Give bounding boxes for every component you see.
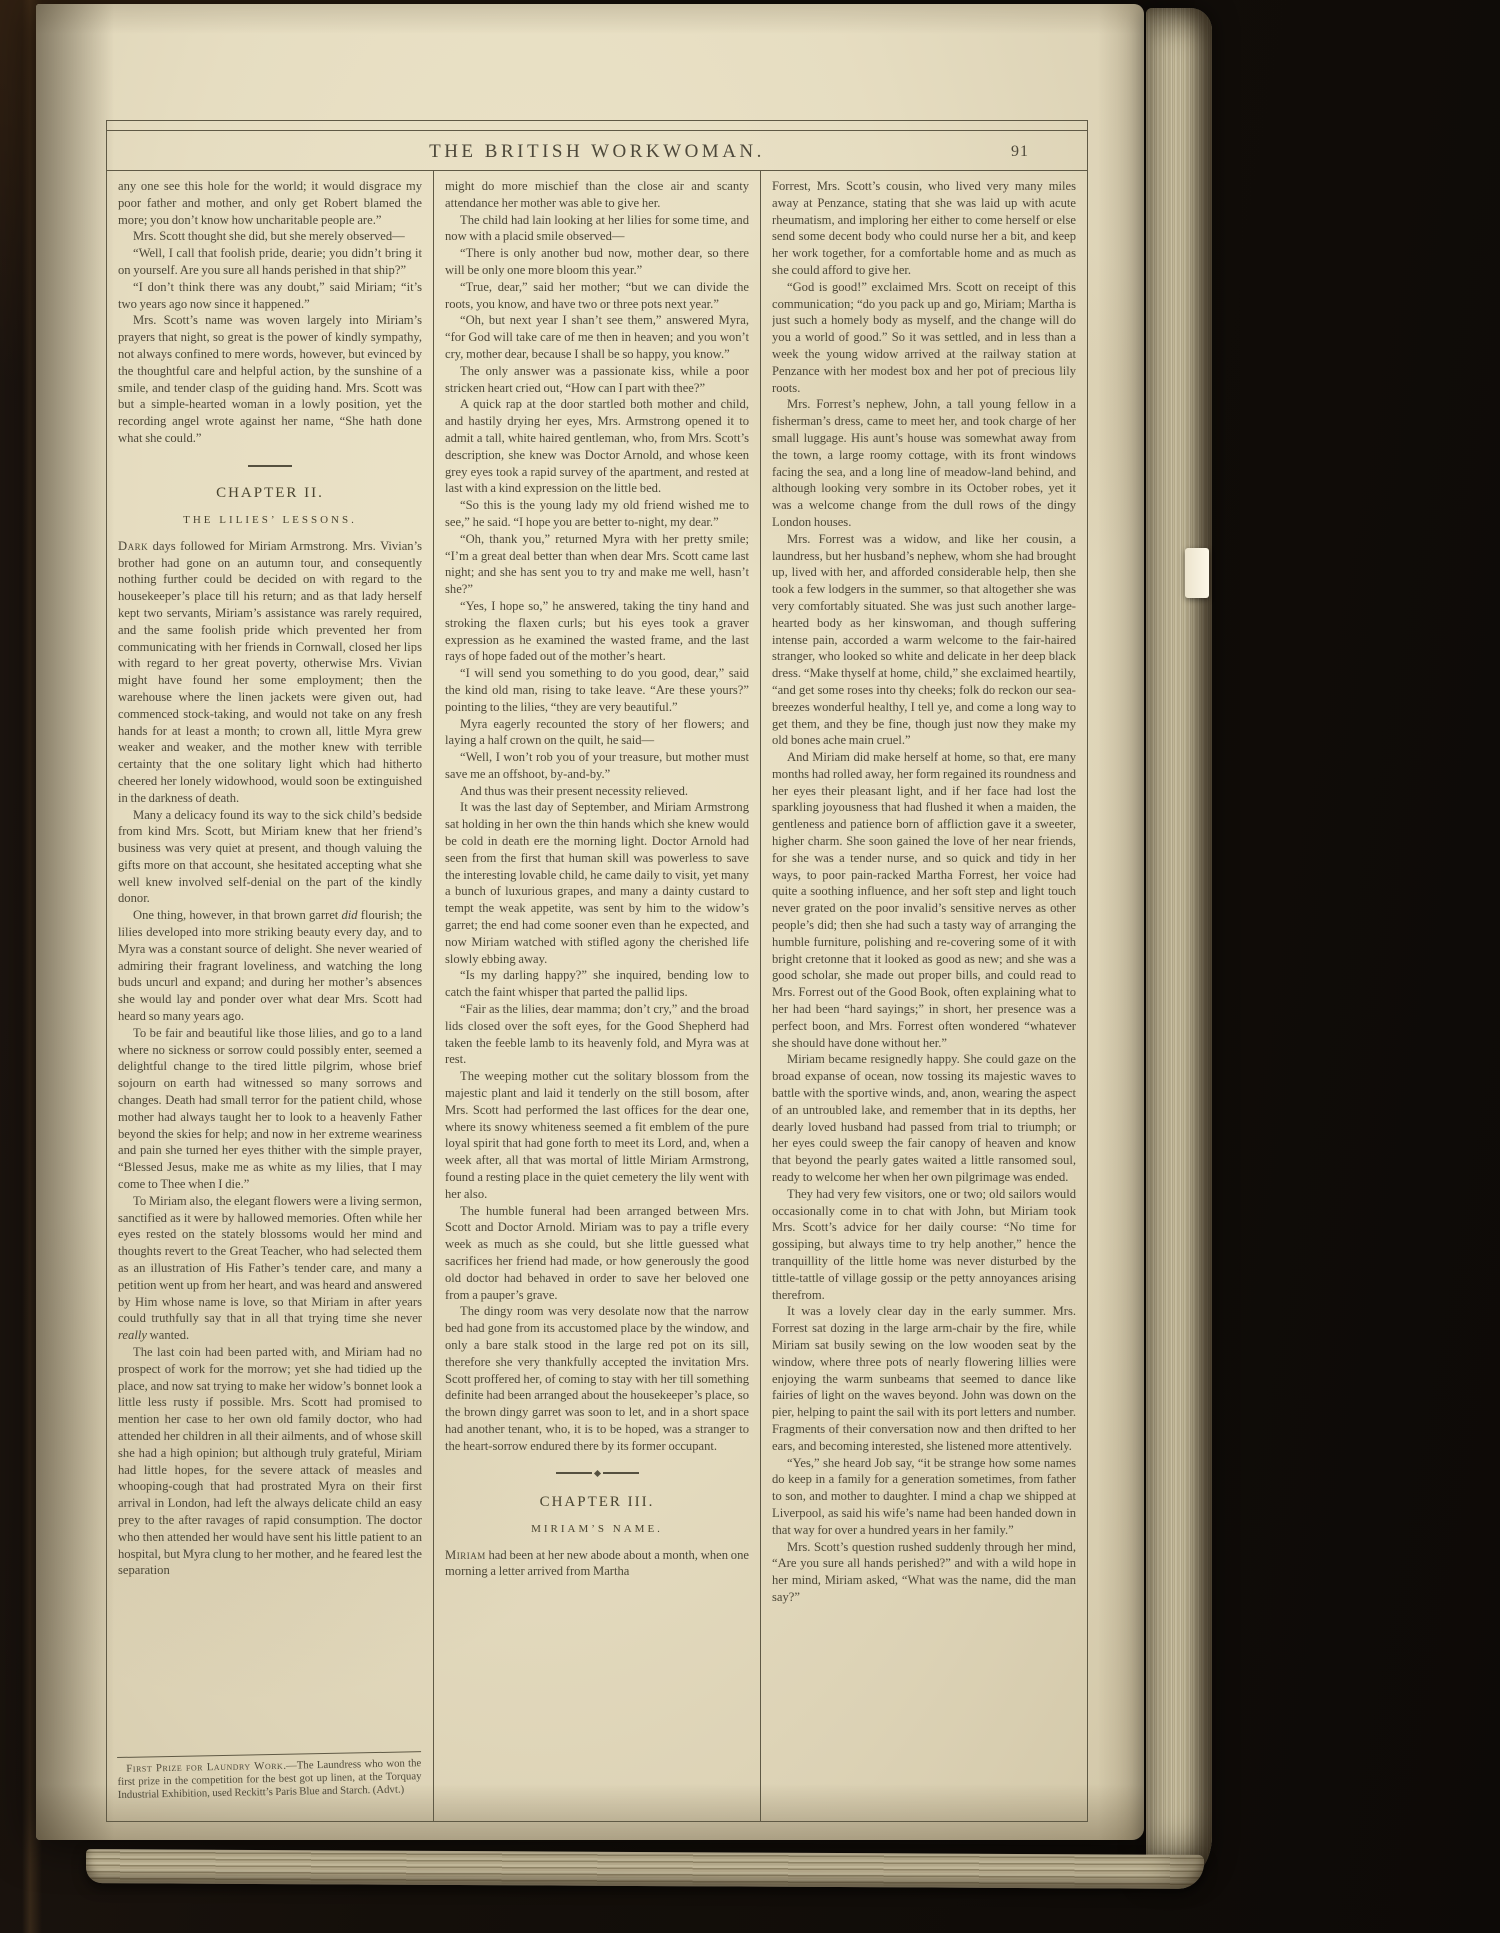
chapter-heading: CHAPTER II.THE LILIES’ LESSONS. [118,485,422,526]
paragraph: Miriam had been at her new abode about a… [445,1547,749,1581]
book-page-edges [1146,8,1212,1882]
printed-frame: THE BRITISH WORKWOMAN. 91 any one see th… [106,120,1088,1822]
paragraph: Forrest, Mrs. Scott’s cousin, who lived … [772,178,1076,279]
chapter-subtitle: THE LILIES’ LESSONS. [118,514,422,526]
column-1: any one see this hole for the world; it … [107,171,433,1821]
paragraph: “Fair as the lilies, dear mamma; don’t c… [445,1001,749,1068]
paragraph: “Oh, thank you,” returned Myra with her … [445,531,749,598]
ornament-divider [445,1471,749,1476]
paragraph: “Oh, but next year I shan’t see them,” a… [445,312,749,362]
paragraph: might do more mischief than the close ai… [445,178,749,212]
paragraph: The weeping mother cut the solitary blos… [445,1068,749,1202]
paragraph: Mrs. Scott’s question rushed suddenly th… [772,1539,1076,1606]
paragraph: Miriam became resignedly happy. She coul… [772,1051,1076,1185]
paragraph: Many a delicacy found its way to the sic… [118,807,422,908]
photo-background: THE BRITISH WORKWOMAN. 91 any one see th… [0,0,1500,1933]
paragraph: To be fair and beautiful like those lili… [118,1025,422,1193]
paragraph: The humble funeral had been arranged bet… [445,1203,749,1304]
chapter-heading: CHAPTER III.MIRIAM’S NAME. [445,1494,749,1535]
ornament-line [556,1472,592,1474]
book-bottom-edges [86,1849,1204,1889]
column-1-text: any one see this hole for the world; it … [118,178,422,1752]
footnote-advert: First Prize for Laundry Work.—The Laundr… [117,1751,422,1802]
paragraph: And thus was their present necessity rel… [445,783,749,800]
paragraph: “Yes,” she heard Job say, “it be strange… [772,1455,1076,1539]
paragraph: “Well, I won’t rob you of your treasure,… [445,749,749,783]
page-marker [1185,548,1209,598]
book-page: THE BRITISH WORKWOMAN. 91 any one see th… [36,4,1144,1840]
chapter-title: CHAPTER III. [445,1494,749,1511]
column-3: Forrest, Mrs. Scott’s cousin, who lived … [760,171,1087,1821]
paragraph: The only answer was a passionate kiss, w… [445,363,749,397]
section-divider [248,465,292,467]
paragraph: “Yes, I hope so,” he answered, taking th… [445,598,749,665]
text-columns: any one see this hole for the world; it … [107,171,1087,1821]
masthead: THE BRITISH WORKWOMAN. 91 [107,131,1087,171]
paragraph: “So this is the young lady my old friend… [445,497,749,531]
paragraph: One thing, however, in that brown garret… [118,907,422,1025]
paragraph: “There is only another bud now, mother d… [445,245,749,279]
paragraph: Mrs. Scott’s name was woven largely into… [118,312,422,446]
chapter-title: CHAPTER II. [118,485,422,502]
paragraph: And Miriam did make herself at home, so … [772,749,1076,1051]
column-3-text: Forrest, Mrs. Scott’s cousin, who lived … [772,178,1076,1813]
masthead-title: THE BRITISH WORKWOMAN. [429,141,765,162]
paragraph: The child had lain looking at her lilies… [445,212,749,246]
paragraph: Mrs. Forrest’s nephew, John, a tall youn… [772,396,1076,530]
ornament-diamond [593,1470,600,1477]
paragraph: The dingy room was very desolate now tha… [445,1303,749,1454]
paragraph: “I will send you something to do you goo… [445,665,749,715]
page-number: 91 [1011,131,1029,173]
paragraph: Myra eagerly recounted the story of her … [445,716,749,750]
paragraph: They had very few visitors, one or two; … [772,1186,1076,1304]
paragraph: It was a lovely clear day in the early s… [772,1303,1076,1454]
paragraph: “I don’t think there was any doubt,” sai… [118,279,422,313]
paragraph: A quick rap at the door startled both mo… [445,396,749,497]
paragraph: any one see this hole for the world; it … [118,178,422,228]
ornament-line [603,1472,639,1474]
paragraph: Mrs. Scott thought she did, but she mere… [118,228,422,245]
paragraph: It was the last day of September, and Mi… [445,799,749,967]
paragraph: To Miriam also, the elegant flowers were… [118,1193,422,1344]
paragraph: Mrs. Forrest was a widow, and like her c… [772,531,1076,749]
column-2: might do more mischief than the close ai… [433,171,760,1821]
paragraph: Dark days followed for Miriam Armstrong.… [118,538,422,807]
paragraph: “Well, I call that foolish pride, dearie… [118,245,422,279]
paragraph: “God is good!” exclaimed Mrs. Scott on r… [772,279,1076,397]
chapter-subtitle: MIRIAM’S NAME. [445,1523,749,1535]
paragraph: The last coin had been parted with, and … [118,1344,422,1579]
paragraph: “True, dear,” said her mother; “but we c… [445,279,749,313]
paragraph: “Is my darling happy?” she inquired, ben… [445,967,749,1001]
column-2-text: might do more mischief than the close ai… [445,178,749,1813]
